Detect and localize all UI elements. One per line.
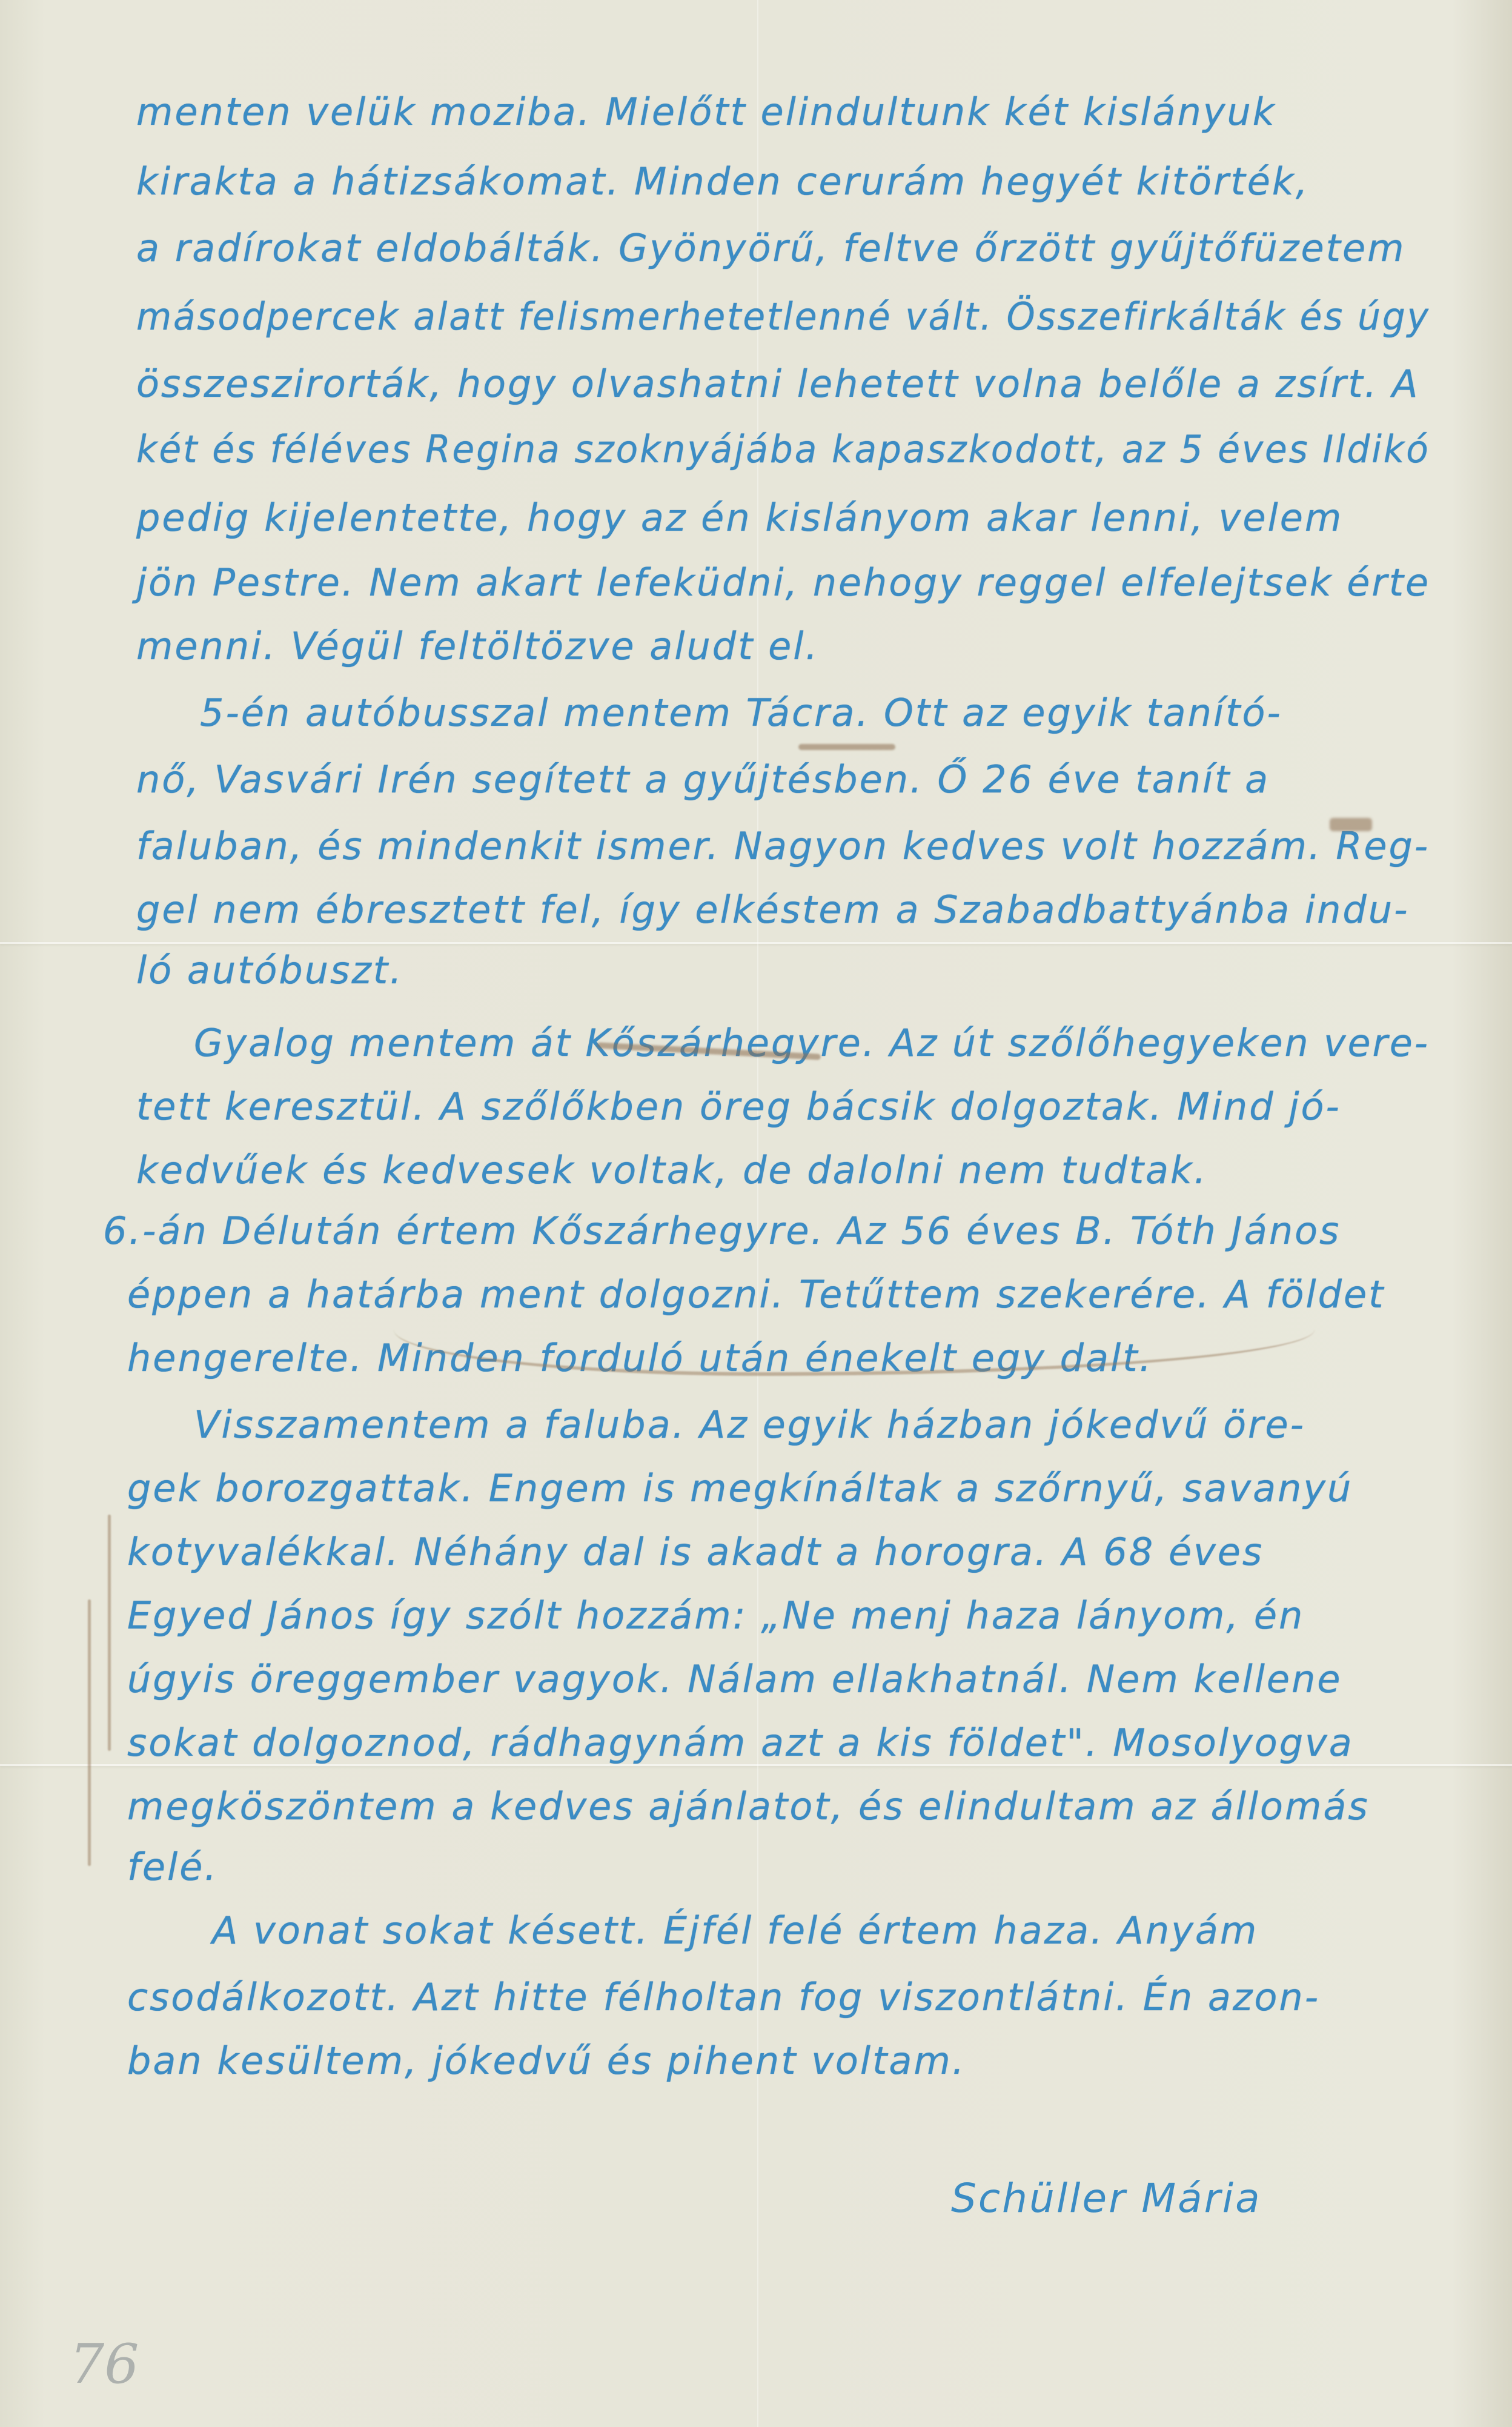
text-line: nő, Vasvári Irén segített a gyűjtésben. … (136, 757, 1270, 802)
text-line: 6.-án Délután értem Kőszárhegyre. Az 56 … (103, 1209, 1341, 1253)
text-line: pedig kijelentette, hogy az én kislányom… (136, 496, 1343, 540)
text-line: A vonat sokat késett. Éjfél felé értem h… (212, 1908, 1258, 1953)
pencil-mark (1330, 818, 1372, 831)
text-line: menni. Végül feltöltözve aludt el. (136, 624, 819, 668)
text-line: Egyed János így szólt hozzám: „Ne menj h… (127, 1593, 1304, 1638)
text-line: kotyvalékkal. Néhány dal is akadt a horo… (127, 1530, 1264, 1574)
text-line: faluban, és mindenkit ismer. Nagyon kedv… (136, 824, 1430, 868)
letter-page: menten velük moziba. Mielőtt elindultunk… (0, 0, 1512, 2427)
text-line: kedvűek és kedvesek voltak, de dalolni n… (136, 1148, 1208, 1192)
folio-number: 76 (70, 2332, 139, 2396)
text-line: csodálkozott. Azt hitte félholtan fog vi… (127, 1975, 1320, 2019)
text-line: a radírokat eldobálták. Gyönyörű, feltve… (136, 226, 1406, 270)
paper-fold (0, 942, 1512, 944)
pencil-margin-line (108, 1515, 111, 1751)
text-line: éppen a határba ment dolgozni. Tetűttem … (127, 1272, 1385, 1316)
pencil-underline (798, 744, 895, 750)
text-line: 5-én autóbusszal mentem Tácra. Ott az eg… (200, 691, 1282, 735)
text-line: gel nem ébresztett fel, így elkéstem a S… (136, 888, 1409, 932)
text-line: jön Pestre. Nem akart lefeküdni, nehogy … (136, 560, 1430, 605)
text-line: kirakta a hátizsákomat. Minden cerurám h… (136, 159, 1310, 204)
text-line: két és féléves Regina szoknyájába kapasz… (136, 427, 1430, 471)
text-line: összeszirorták, hogy olvashatni lehetett… (136, 362, 1419, 406)
text-line: felé. (127, 1845, 218, 1889)
text-line: sokat dolgoznod, rádhagynám azt a kis fö… (127, 1721, 1354, 1765)
text-line: tett keresztül. A szőlőkben öreg bácsik … (136, 1084, 1341, 1129)
text-line: ló autóbuszt. (136, 948, 403, 992)
signature: Schüller Mária (951, 2175, 1262, 2222)
text-line: megköszöntem a kedves ajánlatot, és elin… (127, 1784, 1370, 1828)
text-line: úgyis öreggember vagyok. Nálam ellakhatn… (127, 1657, 1342, 1701)
text-line: menten velük moziba. Mielőtt elindultunk… (136, 90, 1276, 134)
text-line: ban kesültem, jókedvű és pihent voltam. (127, 2039, 966, 2083)
text-line: másodpercek alatt felismerhetetlenné vál… (136, 294, 1430, 339)
text-line: gek borozgattak. Engem is megkínáltak a … (127, 1466, 1353, 1510)
text-line: Visszamentem a faluba. Az egyik házban j… (194, 1403, 1305, 1447)
pencil-margin-line (88, 1599, 91, 1866)
